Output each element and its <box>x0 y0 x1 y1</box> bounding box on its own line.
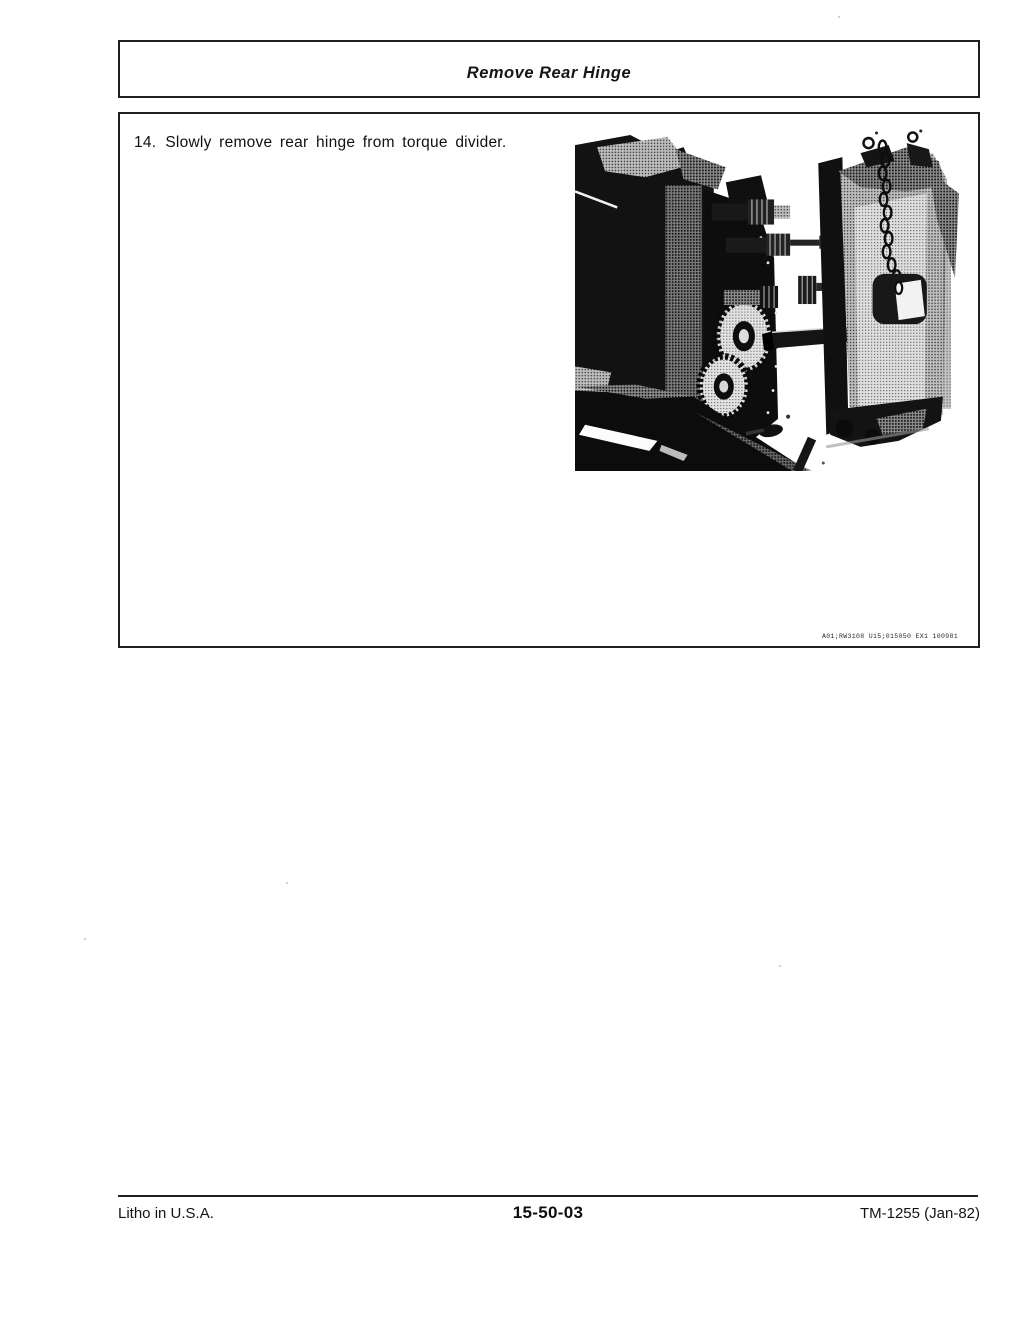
scan-speck <box>838 16 840 18</box>
page-title: Remove Rear Hinge <box>467 56 631 83</box>
footer-manual-id: TM-1255 (Jan-82) <box>860 1205 980 1222</box>
step-text: Slowly remove rear hinge from torque div… <box>165 134 506 151</box>
scan-speck <box>84 938 86 940</box>
content-box: 14.Slowly remove rear hinge from torque … <box>118 112 980 648</box>
manual-page: Remove Rear Hinge 14.Slowly remove rear … <box>0 0 1024 1325</box>
footer-divider <box>118 1195 978 1197</box>
rear-hinge-photo <box>575 127 960 471</box>
scan-speck <box>286 882 288 884</box>
step-instruction: 14.Slowly remove rear hinge from torque … <box>134 134 604 152</box>
step-number: 14. <box>134 134 156 151</box>
figure-caption-code: A01;RW3108 U15;015050 EX1 100981 <box>822 633 958 640</box>
scan-speck <box>779 965 781 967</box>
header-box: Remove Rear Hinge <box>118 40 980 98</box>
footer-page-number: 15-50-03 <box>118 1203 978 1223</box>
